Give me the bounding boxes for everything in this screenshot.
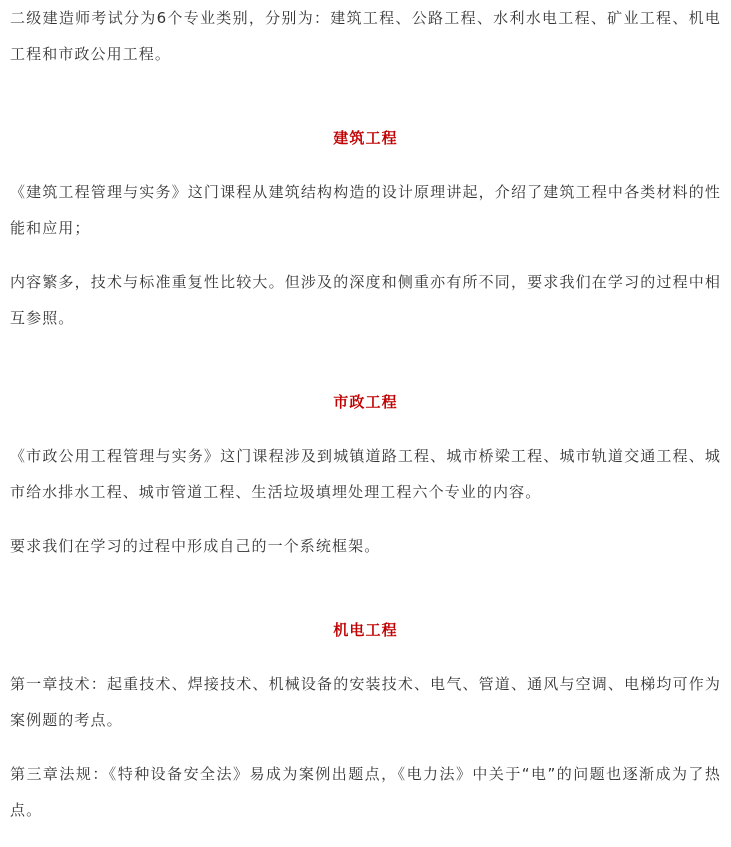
spacer (10, 156, 721, 174)
spacer (10, 738, 721, 756)
spacer (10, 564, 721, 612)
spacer (10, 72, 721, 120)
paragraph: 要求我们在学习的过程中形成自己的一个系统框架。 (10, 528, 721, 564)
spacer (10, 648, 721, 666)
paragraph: 《建筑工程管理与实务》这门课程从建筑结构构造的设计原理讲起，介绍了建筑工程中各类… (10, 174, 721, 246)
paragraph: 《市政公用工程管理与实务》这门课程涉及到城镇道路工程、城市桥梁工程、城市轨道交通… (10, 438, 721, 510)
paragraph: 第三章法规：《特种设备安全法》易成为案例出题点，《电力法》中关于“电”的问题也逐… (10, 756, 721, 828)
spacer (10, 510, 721, 528)
spacer (10, 246, 721, 264)
section-heading-construction: 建筑工程 (10, 120, 721, 156)
spacer (10, 336, 721, 384)
section-heading-municipal: 市政工程 (10, 384, 721, 420)
article-body: 二级建造师考试分为6个专业类别，分别为：建筑工程、公路工程、水利水电工程、矿业工… (0, 0, 731, 828)
section-heading-electromechanical: 机电工程 (10, 612, 721, 648)
paragraph: 内容繁多，技术与标准重复性比较大。但涉及的深度和侧重亦有所不同，要求我们在学习的… (10, 264, 721, 336)
intro-paragraph: 二级建造师考试分为6个专业类别，分别为：建筑工程、公路工程、水利水电工程、矿业工… (10, 0, 721, 72)
spacer (10, 420, 721, 438)
paragraph: 第一章技术：起重技术、焊接技术、机械设备的安装技术、电气、管道、通风与空调、电梯… (10, 666, 721, 738)
